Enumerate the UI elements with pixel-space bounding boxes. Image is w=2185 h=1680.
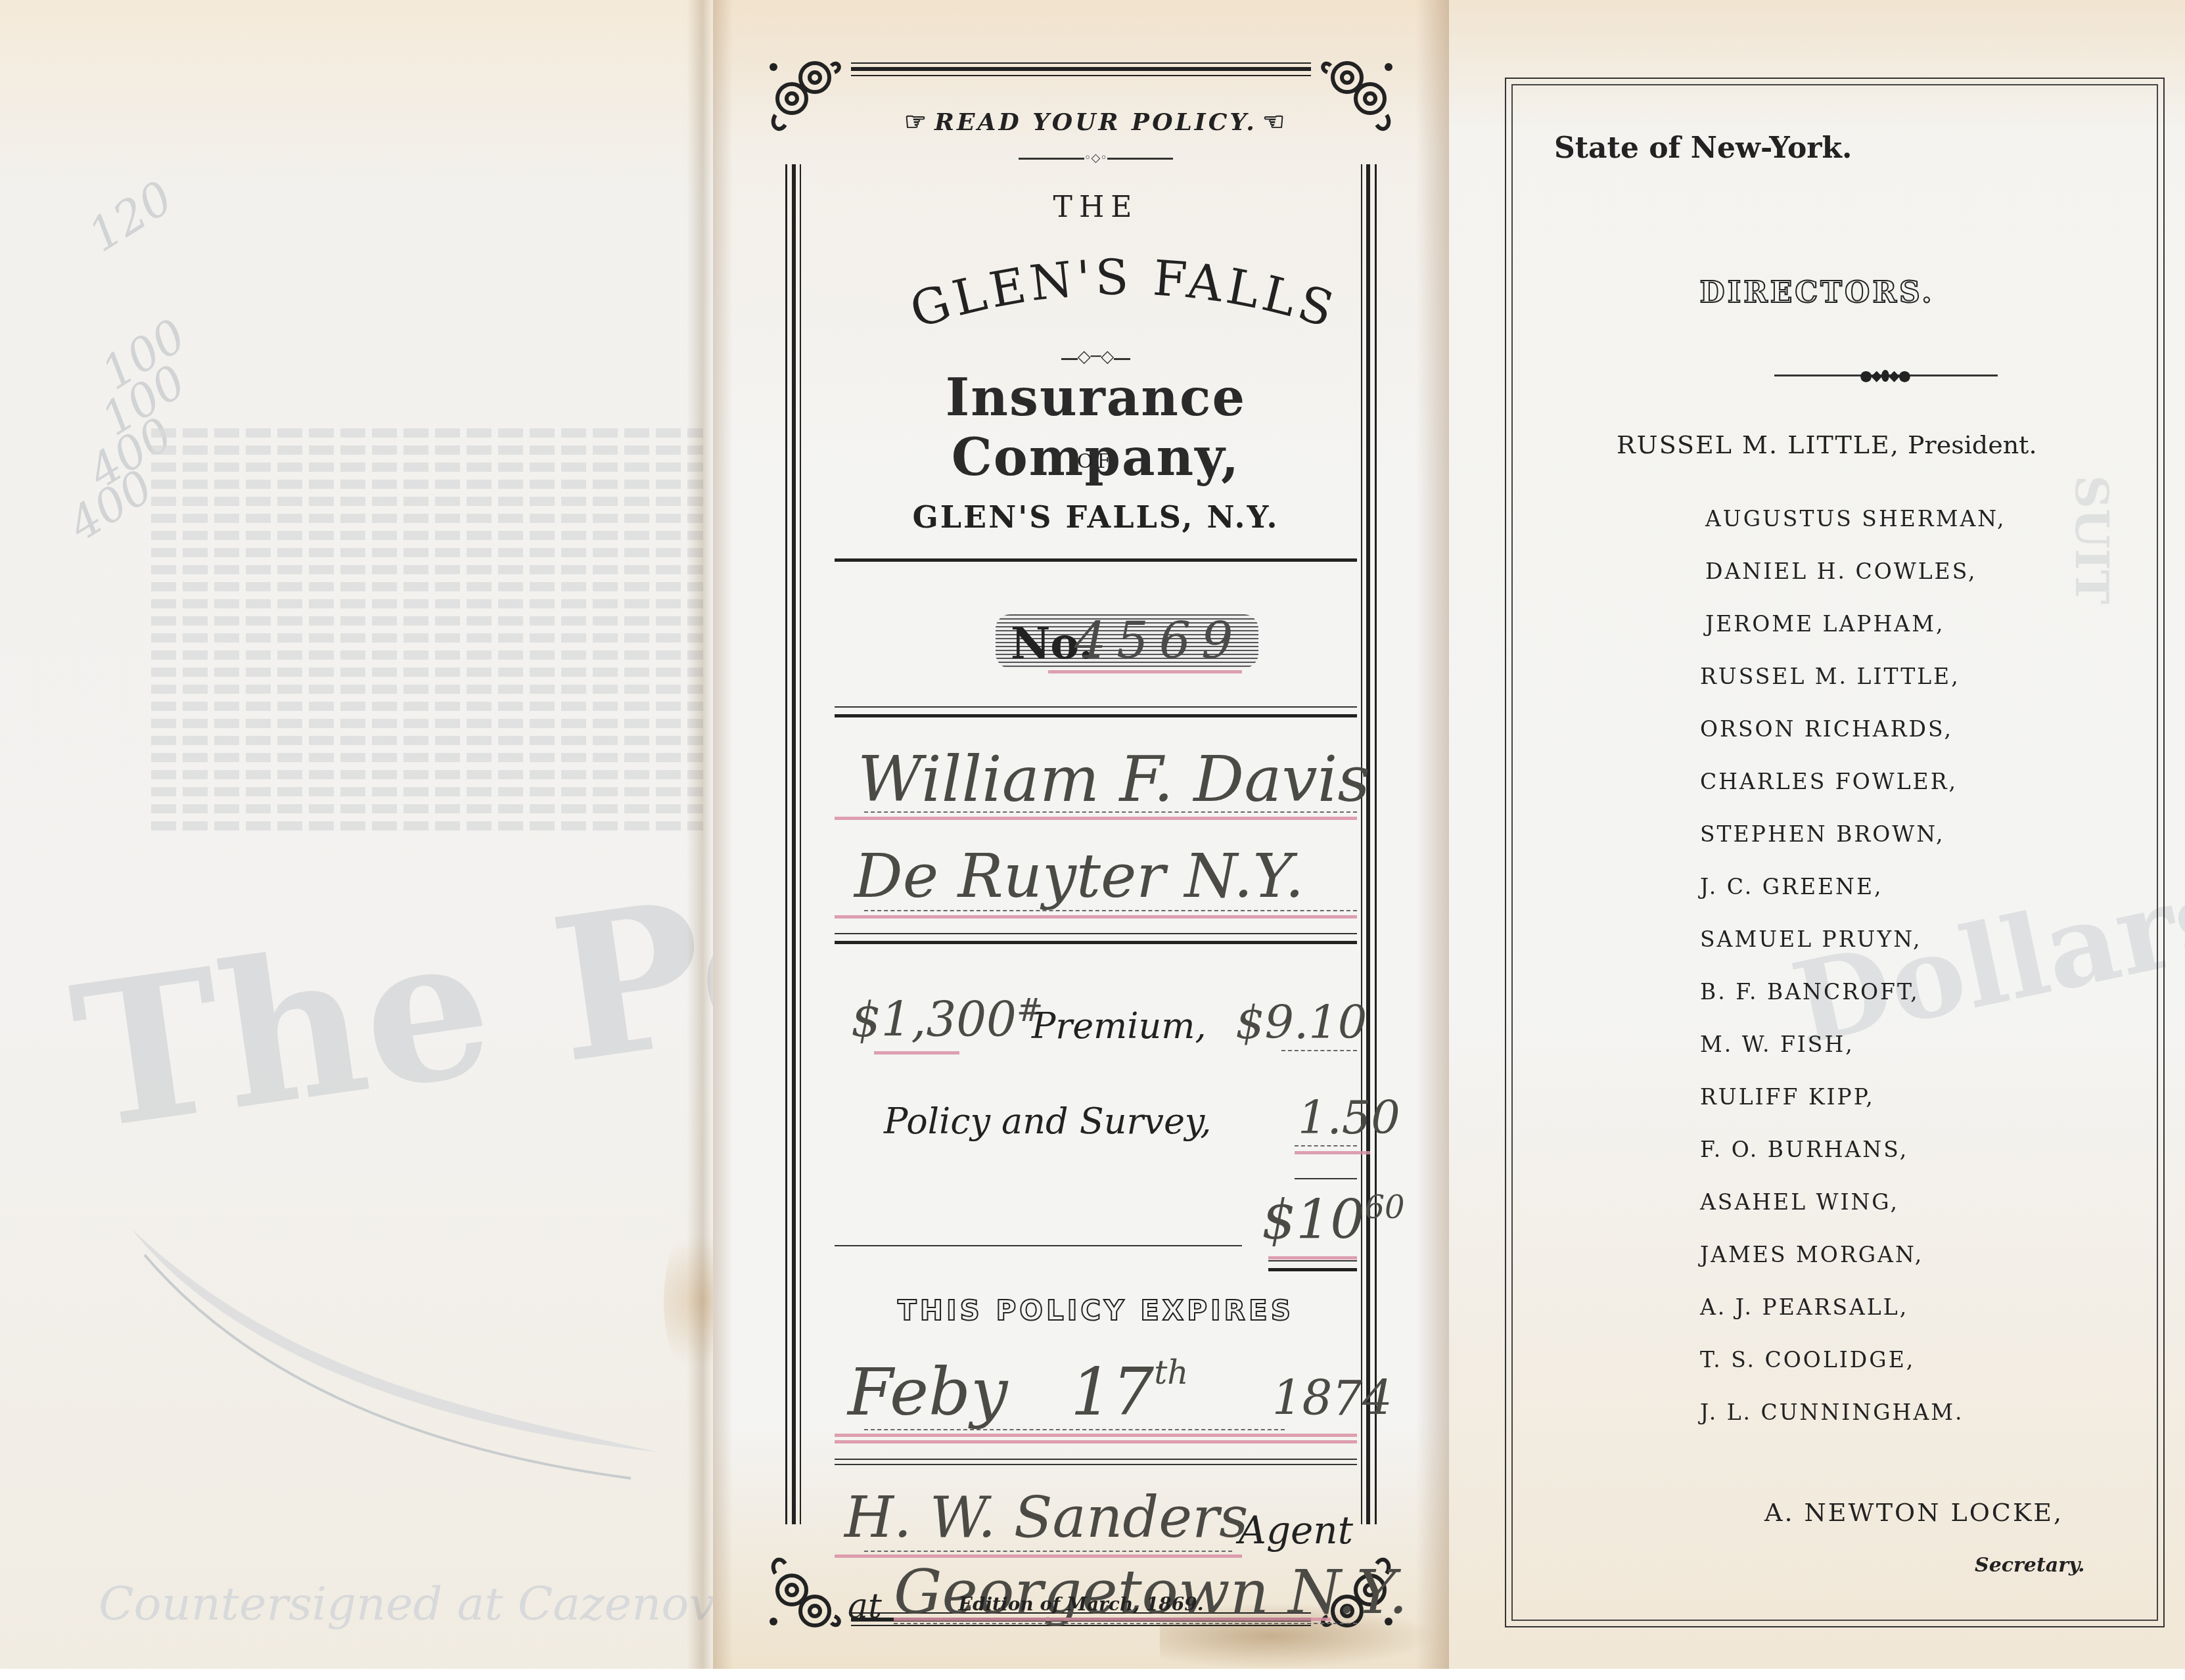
director-name: B. F. BANCROFT, (1700, 979, 2006, 1032)
sum-rule (1295, 1178, 1357, 1179)
expiry-year: 1874 (1272, 1371, 1392, 1426)
red-rule (835, 817, 1357, 820)
fill-line (864, 1551, 1232, 1552)
total-cents: 60 (1365, 1189, 1405, 1226)
show-through-countersigned: Countersigned at Cazenovia (99, 1577, 713, 1631)
policy-survey-value: 1.50 (1298, 1091, 1400, 1145)
president-name: RUSSEL M. LITTLE, (1617, 430, 1900, 459)
red-rule (835, 915, 1357, 919)
president-title: President. (1908, 430, 2037, 459)
show-through-print (151, 420, 703, 838)
divider-ornament-icon: ●◆⬮◆● (1860, 368, 1910, 384)
total-value: $1060 (1262, 1189, 1405, 1252)
amount-insured: $1,300# (851, 992, 1043, 1047)
fold-shadow (1416, 0, 1449, 1669)
agent-name: H. W. Sanders (844, 1485, 1248, 1551)
directors-heading: DIRECTORS. (1449, 276, 2185, 309)
expiry-date: Feby 17th 1874 (848, 1353, 1392, 1430)
policy-survey-label: Policy and Survey, (884, 1101, 1211, 1142)
red-rule (1295, 1151, 1370, 1154)
show-through-amount: 120 (79, 170, 182, 262)
show-through-feather-engraving (92, 1215, 683, 1491)
director-name: J. L. CUNNINGHAM. (1700, 1399, 2006, 1452)
state-heading: State of New-York. (1554, 131, 1852, 165)
red-rule (1048, 670, 1242, 673)
divider-rule (835, 933, 1357, 944)
director-name: F. O. BURHANS, (1700, 1137, 2006, 1189)
fill-line (864, 910, 1357, 911)
fill-line (894, 1623, 1357, 1624)
divider-rule (835, 1245, 1242, 1246)
premium-label: Premium, (1032, 1005, 1207, 1047)
director-name: CHARLES FOWLER, (1700, 769, 2006, 821)
fold-shadow (687, 0, 713, 1669)
expiry-day-suffix: th (1154, 1353, 1188, 1392)
director-name: RULIFF KIPP, (1700, 1084, 2006, 1137)
director-name: JAMES MORGAN, (1700, 1242, 2006, 1294)
ornamental-border: ☞READ YOUR POLICY.☜ ◦◇◦ THE GLEN'S FALLS… (766, 79, 1396, 1610)
premium-value: $9.10 (1235, 995, 1367, 1049)
secretary-name: A. NEWTON LOCKE, (1764, 1498, 2063, 1527)
director-name: SAMUEL PRUYN, (1700, 926, 2006, 979)
director-name: ASAHEL WING, (1700, 1189, 2006, 1242)
pointing-hand-right-icon: ☞ (904, 106, 929, 136)
policy-cover-panel: ☞READ YOUR POLICY.☜ ◦◇◦ THE GLEN'S FALLS… (713, 0, 1449, 1669)
edition-note: Edition of March, 1869. (766, 1593, 1396, 1615)
director-name: STEPHEN BROWN, (1700, 821, 2006, 874)
director-name: M. W. FISH, (1700, 1032, 2006, 1084)
fill-line (864, 1429, 1285, 1430)
divider-flourish: ◇─◇ (835, 347, 1357, 367)
read-your-policy-notice: ☞READ YOUR POLICY.☜ (835, 106, 1357, 136)
reverse-side-panel: 120 100 100 400 400 The Poli Countersign… (0, 0, 713, 1669)
director-name: DANIEL H. COWLES, (1705, 558, 2006, 611)
insured-name: William F. Davis (858, 742, 1370, 816)
fill-line (1281, 1050, 1357, 1051)
policy-number: 4569 (1074, 611, 1243, 670)
president-line: RUSSEL M. LITTLE, President. (1617, 430, 2036, 459)
director-name: AUGUSTUS SHERMAN, (1705, 506, 2006, 558)
directors-panel: Dollars SUIT State of New-York. DIRECTOR… (1449, 0, 2185, 1669)
title-of: OF (835, 450, 1357, 473)
divider-rule (835, 706, 1357, 717)
director-name: J. C. GREENE, (1700, 874, 2006, 926)
company-name-arched: GLEN'S FALLS (854, 220, 1393, 345)
divider-flourish: ◦◇◦ (835, 151, 1357, 165)
pointing-hand-left-icon: ☜ (1262, 106, 1287, 136)
secretary-title: Secretary. (1975, 1554, 2084, 1577)
insured-location: De Ruyter N.Y. (854, 841, 1304, 911)
svg-text:GLEN'S FALLS: GLEN'S FALLS (904, 249, 1344, 340)
expiry-month: Feby (848, 1353, 1008, 1430)
red-rule (1268, 1256, 1357, 1260)
director-name: RUSSEL M. LITTLE, (1700, 664, 2006, 716)
fill-line (1295, 1145, 1357, 1146)
red-rule (835, 1440, 1357, 1443)
amount-insured-value: $1,300 (851, 992, 1017, 1047)
corner-ornament-icon (759, 53, 844, 138)
red-rule (874, 1051, 959, 1055)
director-name: JEROME LAPHAM, (1705, 611, 2006, 664)
expiry-day: 17 (1070, 1353, 1154, 1430)
fill-line (864, 811, 1357, 813)
divider-rule (835, 558, 1357, 562)
expires-heading: THIS POLICY EXPIRES (835, 1294, 1357, 1327)
total-dollars: $10 (1262, 1189, 1365, 1252)
agent-location: Georgetown N.Y. (894, 1557, 1408, 1627)
title-city: GLEN'S FALLS, N.Y. (835, 499, 1357, 535)
red-rule (835, 1434, 1357, 1437)
directors-list: AUGUSTUS SHERMAN,DANIEL H. COWLES,JEROME… (1705, 506, 2006, 1452)
notice-text: READ YOUR POLICY. (934, 108, 1257, 136)
fold-shadow (713, 0, 733, 1669)
divider-rule (835, 1459, 1357, 1465)
total-rule (1268, 1260, 1357, 1271)
red-rule (894, 1618, 1331, 1621)
director-name: A. J. PEARSALL, (1700, 1294, 2006, 1347)
director-name: T. S. COOLIDGE, (1700, 1347, 2006, 1399)
scanned-document: 120 100 100 400 400 The Poli Countersign… (0, 0, 2185, 1669)
director-name: ORSON RICHARDS, (1700, 716, 2006, 769)
title-the: THE (835, 191, 1357, 224)
show-through-engraving: The Poli (60, 819, 713, 1175)
agent-label: Agent (1239, 1508, 1353, 1553)
